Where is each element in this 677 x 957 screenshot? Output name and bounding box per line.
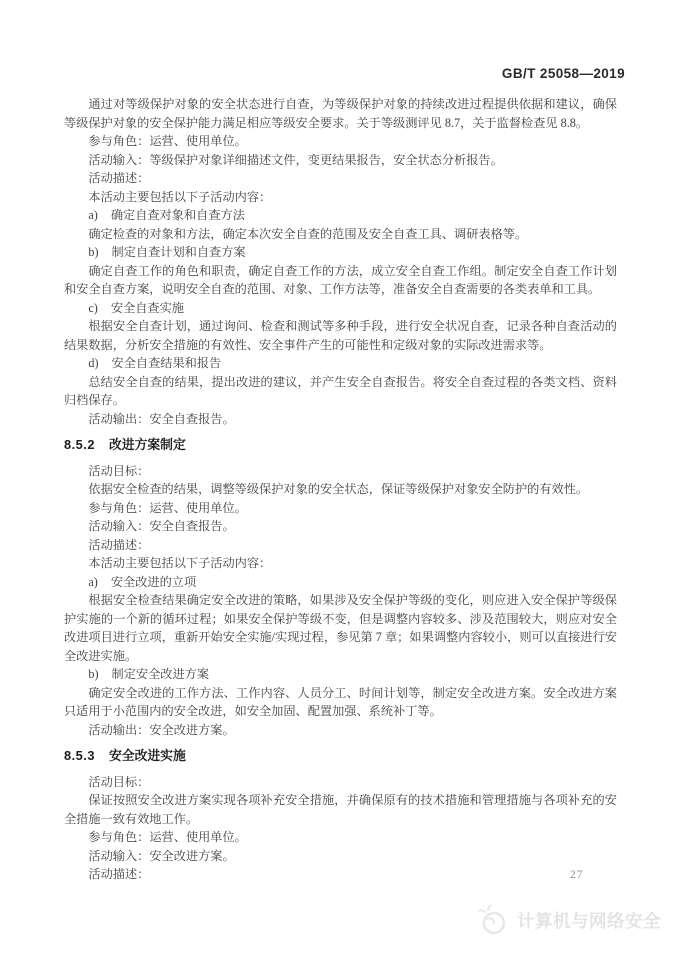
- list-item-text: 安全自查实施: [111, 301, 184, 315]
- list-item-text: 制定自查计划和自查方案: [112, 245, 246, 259]
- paragraph: 活动目标：: [64, 773, 617, 792]
- section-number: 8.5.2: [64, 437, 95, 452]
- list-item: d)安全自查结果和报告: [64, 354, 617, 373]
- list-item: c)安全自查实施: [64, 299, 617, 318]
- paragraph: 参与角色：运营、使用单位。: [64, 132, 617, 151]
- page-number: 27: [570, 869, 584, 881]
- paragraph: 活动输入：等级保护对象详细描述文件，变更结果报告，安全状态分析报告。: [64, 151, 617, 170]
- paragraph: 活动描述：: [64, 169, 617, 188]
- page-content: GB/T 25058—2019 通过对等级保护对象的安全状态进行自查，为等级保护…: [64, 64, 617, 884]
- paragraph: 保证按照安全改进方案实现各项补充安全措施，并确保原有的技术措施和管理措施与各项补…: [64, 791, 617, 828]
- list-item: b)制定安全改进方案: [64, 665, 617, 684]
- list-item-label: d): [88, 356, 98, 370]
- paragraph: 依据安全检查的结果，调整等级保护对象的安全状态，保证等级保护对象安全防护的有效性…: [64, 480, 617, 499]
- list-item: b)制定自查计划和自查方案: [64, 243, 617, 262]
- paragraph: 参与角色：运营、使用单位。: [64, 828, 617, 847]
- paragraph: 活动输入：安全改进方案。: [64, 847, 617, 866]
- paragraph: 本活动主要包括以下子活动内容：: [64, 554, 617, 573]
- section-heading: 8.5.3安全改进实施: [64, 747, 617, 766]
- watermark-text: 计算机与网络安全: [517, 908, 661, 933]
- list-item-label: c): [88, 301, 97, 315]
- list-item-text: 确定自查对象和自查方法: [111, 208, 245, 222]
- paragraph: 活动输出：安全改进方案。: [64, 721, 617, 740]
- list-item-label: a): [88, 575, 97, 589]
- paragraph: 活动目标：: [64, 462, 617, 481]
- document-body: 通过对等级保护对象的安全状态进行自查，为等级保护对象的持续改进过程提供依据和建议…: [64, 95, 617, 884]
- paragraph: 本活动主要包括以下子活动内容：: [64, 188, 617, 207]
- paragraph: 活动描述：: [64, 536, 617, 555]
- paragraph: 活动输入：安全自查报告。: [64, 517, 617, 536]
- list-item-label: b): [88, 667, 98, 681]
- paragraph: 参与角色：运营、使用单位。: [64, 499, 617, 518]
- list-item-label: a): [88, 208, 97, 222]
- section-heading: 8.5.2改进方案制定: [64, 436, 617, 455]
- section-title: 改进方案制定: [109, 437, 186, 452]
- list-item: a)确定自查对象和自查方法: [64, 206, 617, 225]
- list-item-text: 安全自查结果和报告: [112, 356, 222, 370]
- paragraph: 活动描述：: [64, 865, 617, 884]
- list-item-text: 制定安全改进方案: [112, 667, 210, 681]
- paragraph: 活动输出：安全自查报告。: [64, 410, 617, 429]
- paragraph: 根据安全自查计划，通过询问、检查和测试等多种手段，进行安全状况自查，记录各种自查…: [64, 317, 617, 354]
- paragraph: 通过对等级保护对象的安全状态进行自查，为等级保护对象的持续改进过程提供依据和建议…: [64, 95, 617, 132]
- header-document-code: GB/T 25058—2019: [64, 64, 625, 83]
- list-item-text: 安全改进的立项: [111, 575, 196, 589]
- watermark: 计算机与网络安全: [476, 903, 661, 937]
- paragraph: 确定自查工作的角色和职责，确定自查工作的方法，成立安全自查工作组。制定安全自查工…: [64, 262, 617, 299]
- paragraph: 根据安全检查结果确定安全改进的策略，如果涉及安全保护等级的变化，则应进入安全保护…: [64, 591, 617, 665]
- paragraph: 确定检查的对象和方法，确定本次安全自查的范围及安全自查工具、调研表格等。: [64, 225, 617, 244]
- list-item: a)安全改进的立项: [64, 573, 617, 592]
- paragraph: 确定安全改进的工作方法、工作内容、人员分工、时间计划等，制定安全改进方案。安全改…: [64, 684, 617, 721]
- scanned-document-page: GB/T 25058—2019 通过对等级保护对象的安全状态进行自查，为等级保护…: [0, 0, 677, 957]
- section-number: 8.5.3: [64, 748, 95, 763]
- section-title: 安全改进实施: [109, 748, 186, 763]
- list-item-label: b): [88, 245, 98, 259]
- paragraph: 总结安全自查的结果，提出改进的建议，并产生安全自查报告。将安全自查过程的各类文档…: [64, 373, 617, 410]
- chat-swirl-logo-icon: [476, 903, 510, 937]
